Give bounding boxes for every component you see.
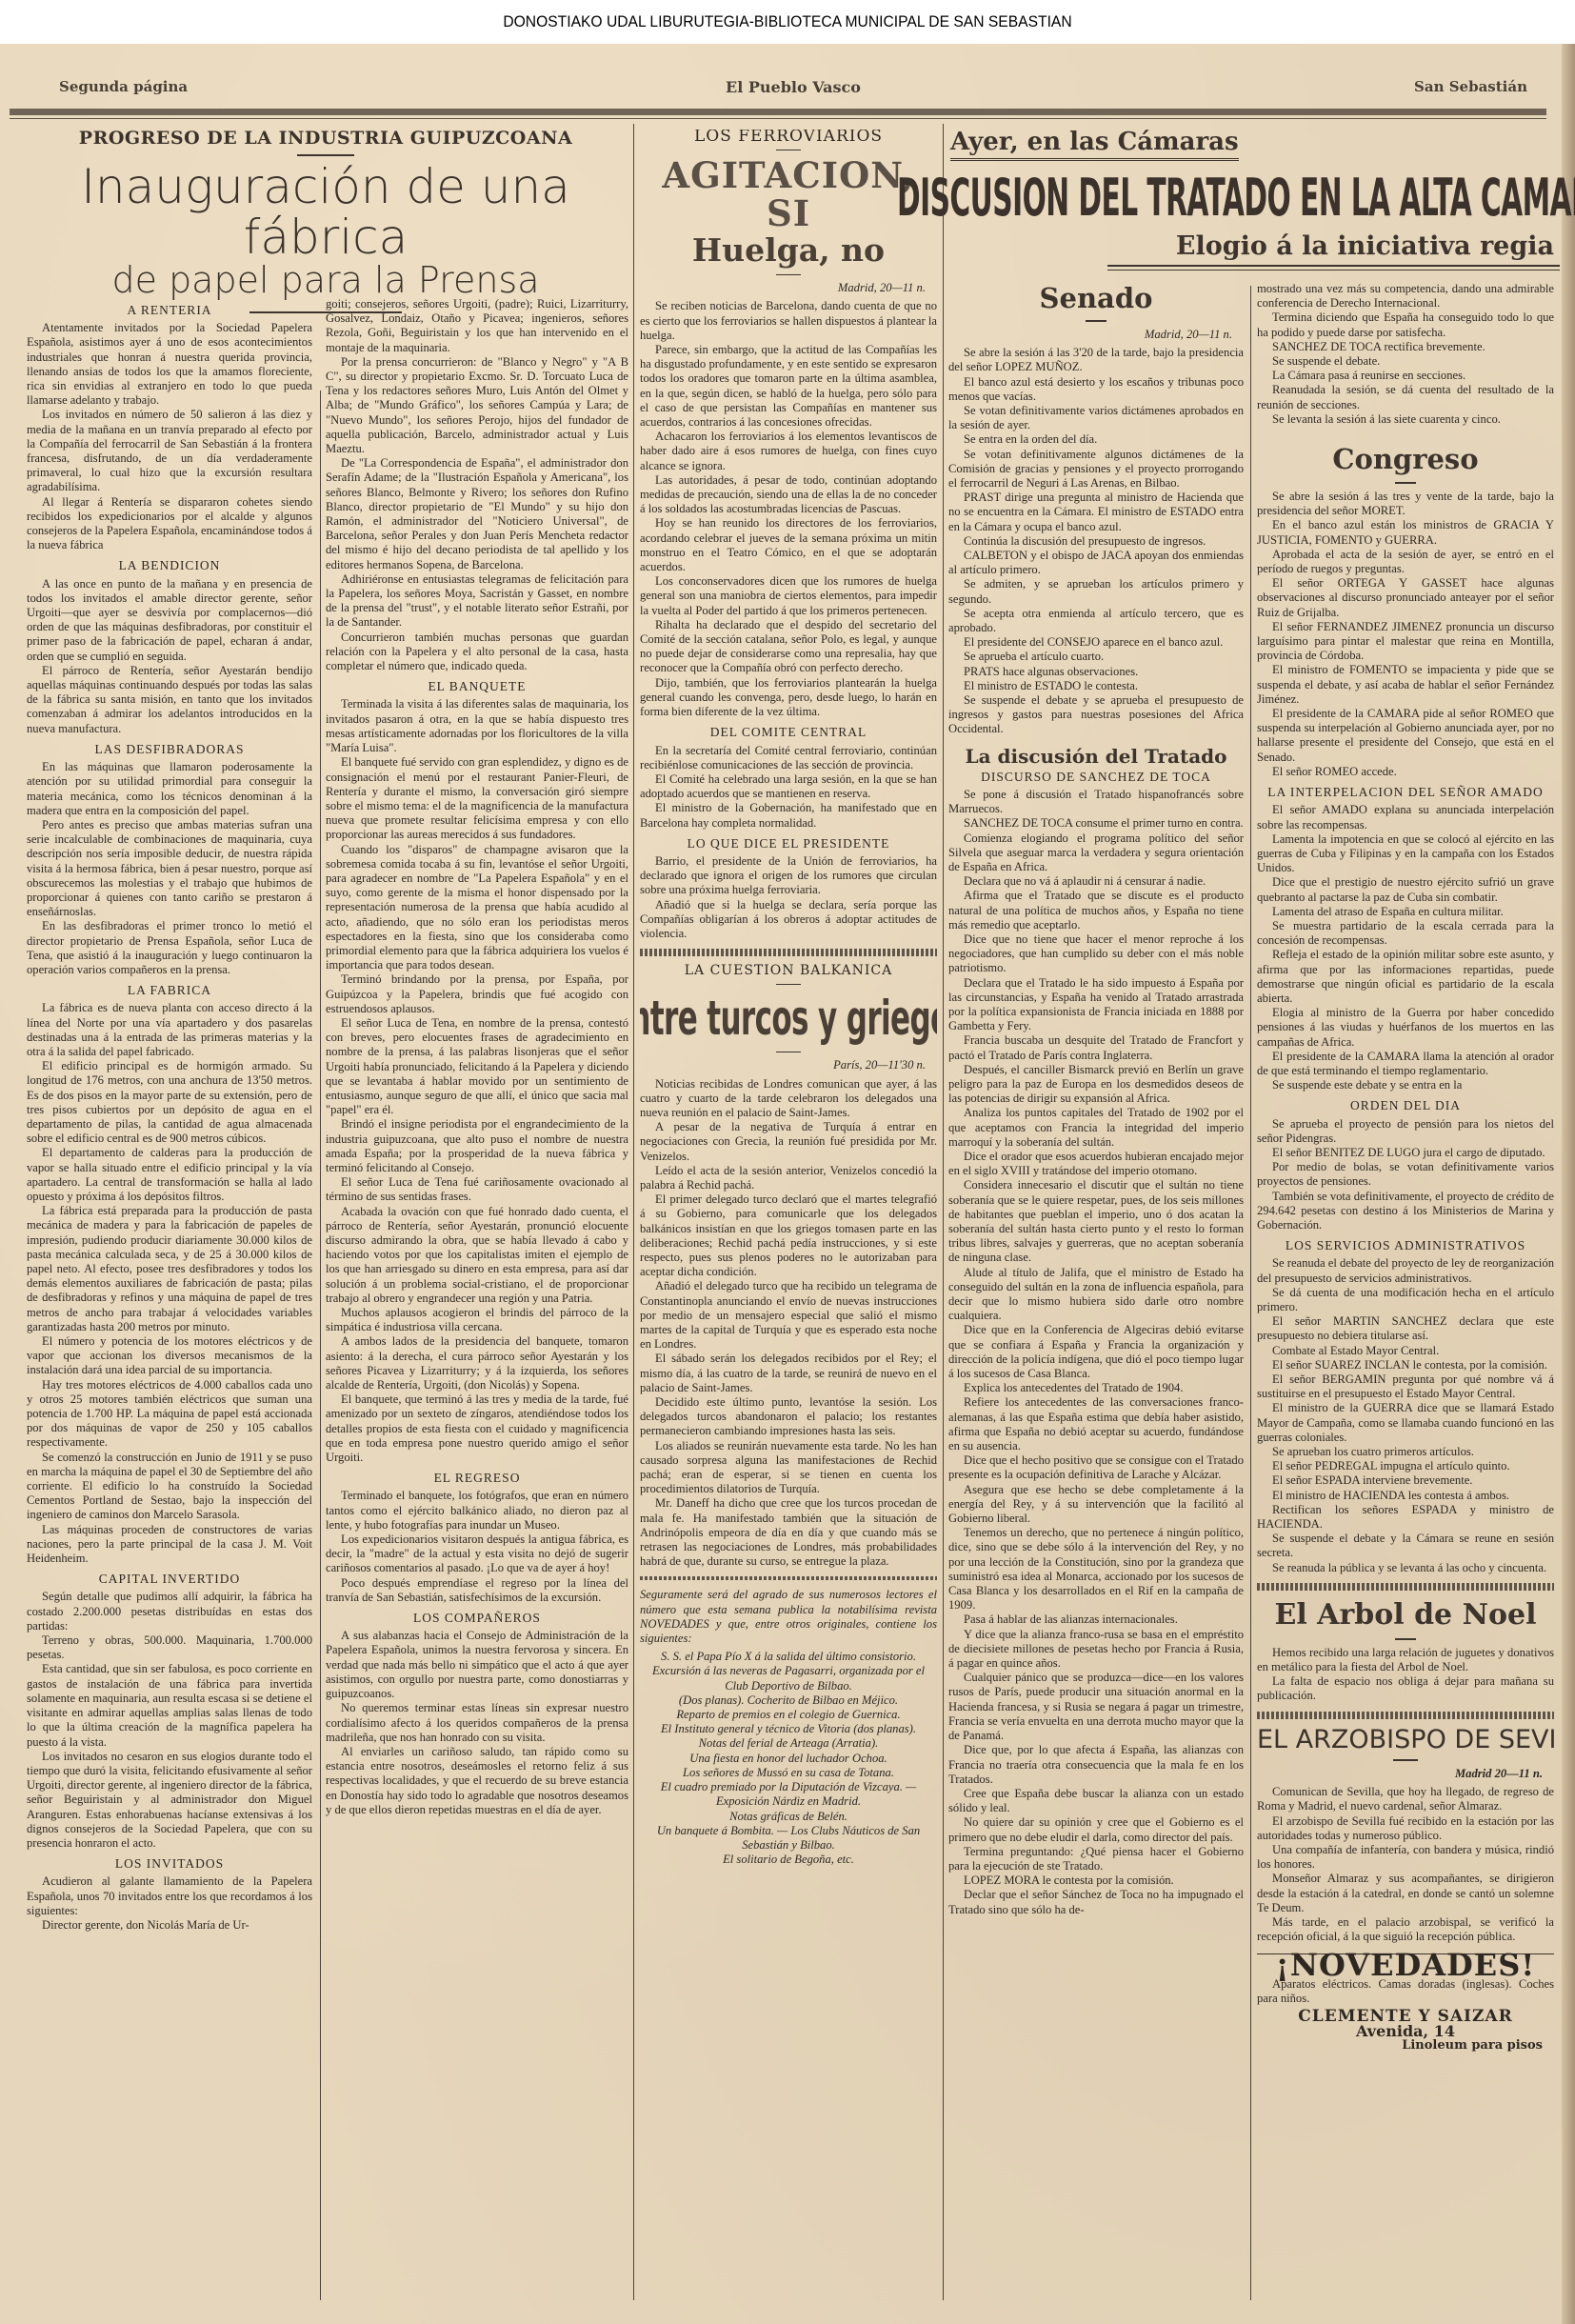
paragraph: Los aliados se reunirán nuevamente esta …: [640, 1439, 937, 1497]
paragraph: Cuando los "disparos" de champagne avisa…: [326, 843, 628, 973]
paragraph: Director gerente, don Nicolás María de U…: [27, 1918, 312, 1933]
separator: [1395, 482, 1416, 484]
advert-text: Aparatos eléctricos. Camas doradas (ingl…: [1257, 1977, 1554, 2006]
paragraph: Los invitados en número de 50 salieron á…: [27, 408, 312, 494]
paragraph: En las máquinas que llamaron poderosamen…: [27, 760, 312, 818]
paragraph: El señor Luca de Tena fué cariñosamente …: [326, 1175, 628, 1204]
paragraph: Declara que el Tratado le ha sido impues…: [948, 976, 1244, 1034]
paragraph: Se muestra partidario de la escala cerra…: [1257, 919, 1554, 948]
paragraph: El señor ESPADA interviene brevemente.: [1257, 1473, 1554, 1488]
paragraph: Cree que España debe buscar la alianza c…: [948, 1787, 1244, 1815]
separator: [1393, 1759, 1418, 1761]
paragraph: El ministro de HACIENDA les contesta á a…: [1257, 1489, 1554, 1503]
paragraph: Se levanta la sesión á las siete cuarent…: [1257, 412, 1554, 427]
paragraph: Afirma que el Tratado que se discute es …: [948, 889, 1244, 932]
paragraph: El señor MARTIN SANCHEZ declara que este…: [1257, 1314, 1554, 1343]
subheading: LOS SERVICIOS ADMINISTRATIVOS: [1257, 1238, 1554, 1252]
paragraph: Termina preguntando: ¿Qué piensa hacer e…: [948, 1845, 1244, 1873]
paragraph: Poco después emprendíase el regreso por …: [326, 1576, 628, 1605]
paragraph: Dijo, también, que los ferroviarios plan…: [640, 676, 937, 720]
tratado-body: Se pone á discusión el Tratado hispanofr…: [948, 788, 1244, 1917]
paragraph: Dice que en la Conferencia de Algeciras …: [948, 1323, 1244, 1381]
paragraph: Rectifican los señores ESPADA y ministro…: [1257, 1503, 1554, 1532]
paragraph: Se reanuda el debate del proyecto de ley…: [1257, 1256, 1554, 1285]
article-balkanica-body: Noticias recibidas de Londres comunican …: [640, 1077, 937, 1570]
subheading: EL REGRESO: [326, 1471, 628, 1485]
paragraph: Considera innecesario el discutir que el…: [948, 1178, 1244, 1265]
paragraph: PRAST dirige una pregunta al ministro de…: [948, 491, 1244, 534]
paragraph: Se aprueba el proyecto de pensión para l…: [1257, 1117, 1554, 1146]
paragraph: La fábrica es de nueva planta con acceso…: [27, 1001, 312, 1059]
paragraph: Y dice que la alianza franco-rusa se bas…: [948, 1628, 1244, 1672]
paragraph: Añadió el delegado turco que ha recibido…: [640, 1279, 937, 1352]
separator: [1086, 320, 1106, 322]
paragraph: El señor BERGAMIN pregunta por qué nombr…: [1257, 1372, 1554, 1401]
column-divider: [633, 124, 634, 2300]
paragraph: Terreno y obras, 500.000. Maquinaria, 1.…: [27, 1633, 312, 1662]
paragraph: El presidente del CONSEJO aparece en el …: [948, 635, 1244, 650]
headline: Inauguración de una fábrica: [21, 162, 630, 262]
paragraph: Hemos recibido una larga relación de jug…: [1257, 1646, 1554, 1674]
paragraph: El señor BENITEZ DE LUGO jura el cargo d…: [1257, 1146, 1554, 1160]
paragraph: Dice que no tiene que hacer el menor rep…: [948, 932, 1244, 976]
subheading: DISCURSO DE SANCHEZ DE TOCA: [948, 770, 1244, 784]
paragraph: Monseñor Almaraz y sus acompañantes, se …: [1257, 1872, 1554, 1915]
page-edge: [1562, 44, 1575, 2324]
column-5: mostrado una vez más su competencia, dan…: [1257, 282, 1554, 2311]
paragraph: Tenemos un derecho, que no pertenece á n…: [948, 1526, 1244, 1613]
paragraph: Se entra en la orden del día.: [948, 432, 1244, 447]
paragraph: Reanudada la sesión, se dá cuenta del re…: [1257, 383, 1554, 411]
paragraph: No quiere dar su opinión y cree que el G…: [948, 1815, 1244, 1844]
paragraph: goiti; consejeros, señores Urgoiti, (pad…: [326, 297, 628, 355]
paragraph: Leído el acta de la sesión anterior, Ven…: [640, 1164, 937, 1192]
paragraph: Añadió que si la huelga se declara, serí…: [640, 898, 937, 942]
paragraph: Se suspende este debate y se entra en la: [1257, 1078, 1554, 1092]
paragraph: Parece, sin embargo, que la actitud de l…: [640, 343, 937, 430]
list-item: (Dos planas). Cocherito de Bilbao en Méj…: [640, 1693, 937, 1708]
article-camaras-header: Ayer, en las Cámaras DISCUSION DEL TRATA…: [950, 128, 1560, 270]
paragraph: El edificio principal es de hormigón arm…: [27, 1059, 312, 1146]
paragraph: Adhiriéronse en entusiastas telegramas d…: [326, 572, 628, 631]
paragraph: El señor ORTEGA Y GASSET hace algunas ob…: [1257, 576, 1554, 620]
running-head: Segunda página El Pueblo Vasco San Sebas…: [59, 78, 1527, 103]
paragraph: Al llegar á Rentería se dispararon cohet…: [27, 495, 312, 553]
paragraph: Los expedicionarios visitaron después la…: [326, 1533, 628, 1576]
column-3: LOS FERROVIARIOS AGITACION, SI Huelga, n…: [640, 130, 937, 2311]
column-divider: [943, 124, 944, 2300]
list-item: El cuadro premiado por la Diputación de …: [640, 1780, 937, 1809]
paragraph: Brindó el insigne periodista por el engr…: [326, 1117, 628, 1175]
subheading: LOS INVITADOS: [27, 1856, 312, 1871]
paragraph: En las desfibradoras el primer tronco lo…: [27, 919, 312, 977]
paragraph: El banquete fué servido con gran esplend…: [326, 755, 628, 842]
paragraph: Se suspende el debate.: [1257, 354, 1554, 369]
paragraph: A sus alabanzas hacia el Consejo de Admi…: [326, 1629, 628, 1701]
paragraph: Más tarde, en el palacio arzobispal, se …: [1257, 1915, 1554, 1944]
paragraph: Se comenzó la construcción en Junio de 1…: [27, 1451, 312, 1523]
paragraph: Declara que no vá á aplaudir ni á censur…: [948, 874, 1244, 889]
paragraph: Se votan definitivamente algunos dictáme…: [948, 448, 1244, 491]
paragraph: Muchos aplausos acogieron el brindis del…: [326, 1306, 628, 1334]
paragraph: Pero antes es preciso que ambas materias…: [27, 818, 312, 919]
headline-sub: de papel para la Prensa: [21, 262, 630, 300]
paragraph: El señor Luca de Tena, en nombre de la p…: [326, 1016, 628, 1117]
paragraph: La Cámara pasa á reunirse en secciones.: [1257, 369, 1554, 383]
paragraph: El Comité ha celebrado una larga sesión,…: [640, 772, 937, 801]
paragraph: También se vota definitivamente, el proy…: [1257, 1190, 1554, 1233]
congreso-body: Se abre la sesión á las tres y vente de …: [1257, 490, 1554, 1575]
double-rule: [1107, 265, 1560, 270]
subheading: LA INTERPELACION DEL SEÑOR AMADO: [1257, 785, 1554, 799]
dateline: Madrid 20—11 n.: [1257, 1767, 1543, 1781]
ornament-rule: [640, 1576, 937, 1580]
paragraph: Rihalta ha declarado que el despido del …: [640, 618, 937, 676]
paragraph: Los invitados no cesaron en sus elogios …: [27, 1750, 312, 1851]
separator: [776, 1052, 801, 1052]
paragraph: Combate al Estado Mayor Central.: [1257, 1344, 1554, 1358]
paragraph: Lamenta la impotencia en que se colocó a…: [1257, 832, 1554, 876]
headline-deck: Elogio á la iniciativa regia: [950, 231, 1560, 261]
paragraph: Acudieron al galante llamamiento de la P…: [27, 1874, 312, 1918]
paragraph: Dice que, por lo que afecta á España, la…: [948, 1743, 1244, 1787]
paragraph: Se abre la sesión á las 3'20 de la tarde…: [948, 346, 1244, 374]
list-item: Notas del ferial de Arteaga (Arratia).: [640, 1736, 937, 1751]
arzobispo-body: Comunican de Sevilla, que hoy ha llegado…: [1257, 1785, 1554, 1944]
paragraph: La fábrica está preparada para la produc…: [27, 1204, 312, 1334]
paragraph: Dice que el prestigio de nuestro ejércit…: [1257, 875, 1554, 904]
paragraph: En el banco azul están los ministros de …: [1257, 518, 1554, 547]
list-item: Excursión á las neveras de Pagasarri, or…: [640, 1664, 937, 1693]
paragraph: La falta de espacio nos obliga á dejar p…: [1257, 1674, 1554, 1703]
paragraph: Por medio de bolas, se votan definitivam…: [1257, 1160, 1554, 1189]
subheading: ORDEN DEL DIA: [1257, 1098, 1554, 1112]
article-kicker: LOS FERROVIARIOS: [640, 130, 937, 144]
paragraph: El señor AMADO explana su anunciada inte…: [1257, 803, 1554, 831]
list-item: S. S. el Papa Pío X á la salida del últi…: [640, 1650, 937, 1664]
paragraph: Se reciben noticias de Barcelona, dando …: [640, 299, 937, 343]
separator: [297, 154, 354, 156]
archive-banner: DONOSTIAKO UDAL LIBURUTEGIA-BIBLIOTECA M…: [63, 0, 1512, 44]
paragraph: Explica los antecedentes del Tratado de …: [948, 1381, 1244, 1395]
paragraph: Se dá cuenta de una modificación hecha e…: [1257, 1286, 1554, 1314]
paragraph: Después, el canciller Bismarck previó en…: [948, 1063, 1244, 1107]
novedades-list: S. S. el Papa Pío X á la salida del últi…: [640, 1650, 937, 1867]
subheading: LOS COMPAÑEROS: [326, 1611, 628, 1625]
headline: El Arbol de Noel: [1257, 1598, 1554, 1633]
column-4: Senado Madrid, 20—11 n. Se abre la sesió…: [948, 282, 1244, 2311]
paragraph: Los conconservadores dicen que los rumor…: [640, 574, 937, 618]
page-label: Segunda página: [59, 78, 188, 95]
subheading: A RENTERIA: [27, 303, 312, 317]
subheading: EL BANQUETE: [326, 679, 628, 693]
paragraph: Cualquier pánico que se produzca—dice—en…: [948, 1671, 1244, 1743]
dateline: Madrid, 20—11 n.: [948, 328, 1232, 342]
subheading: LO QUE DICE EL PRESIDENTE: [640, 836, 937, 851]
paragraph: No queremos terminar estas líneas sin ex…: [326, 1701, 628, 1745]
paragraph: El arzobispo de Sevilla fué recibido en …: [1257, 1814, 1554, 1843]
article-fabrica-header: PROGRESO DE LA INDUSTRIA GUIPUZCOANA Ina…: [21, 128, 630, 319]
paragraph: Atentamente invitados por la Sociedad Pa…: [27, 321, 312, 408]
paragraph: El número y potencia de los motores eléc…: [27, 1334, 312, 1378]
paragraph: El presidente de la CAMARA pide al señor…: [1257, 707, 1554, 765]
article-ferroviarios-body: Se reciben noticias de Barcelona, dando …: [640, 299, 937, 941]
paragraph: Asegura que ese hecho se debe completame…: [948, 1483, 1244, 1527]
paragraph: El departamento de calderas para la prod…: [27, 1146, 312, 1204]
subheading: CAPITAL INVERTIDO: [27, 1572, 312, 1586]
paragraph: Se abre la sesión á las tres y vente de …: [1257, 490, 1554, 518]
paragraph: El sábado serán los delegados recibidos …: [640, 1352, 937, 1395]
column-divider: [1250, 286, 1251, 2300]
paragraph: Acabada la ovación con que fué honrado d…: [326, 1205, 628, 1306]
paragraph: Dice el orador que esos acuerdos hubiera…: [948, 1150, 1244, 1178]
paragraph: Decidido este último punto, levantóse la…: [640, 1395, 937, 1439]
paragraph: Francia buscaba un desquite del Tratado …: [948, 1033, 1244, 1062]
advert-address: Avenida, 14: [1257, 2024, 1554, 2038]
city-label: San Sebastián: [1414, 78, 1527, 95]
paragraph: El párroco de Rentería, señor Ayestarán …: [27, 664, 312, 736]
article-kicker: PROGRESO DE LA INDUSTRIA GUIPUZCOANA: [21, 128, 630, 149]
dateline: Madrid, 20—11 n.: [640, 281, 926, 295]
paragraph: Refiere los antecedentes de las conversa…: [948, 1395, 1244, 1453]
list-item: El Instituto general y técnico de Vitori…: [640, 1722, 937, 1736]
header-rule-thin: [10, 118, 1546, 119]
paragraph: Aprobada el acta de la sesión de ayer, s…: [1257, 548, 1554, 576]
header-rule: [10, 109, 1546, 115]
paragraph: El señor ROMEO accede.: [1257, 765, 1554, 779]
paragraph: El ministro de ESTADO le contesta.: [948, 679, 1244, 693]
paragraph: CALBETON y el obispo de JACA apoyan dos …: [948, 549, 1244, 577]
separator: [1395, 1638, 1416, 1640]
novedades-intro: Seguramente será del agrado de sus numer…: [640, 1588, 937, 1646]
paragraph: Esta cantidad, que sin ser fabulosa, es …: [27, 1662, 312, 1749]
list-item: Reparto de premios en el colegio de Guer…: [640, 1708, 937, 1722]
paragraph: SANCHEZ DE TOCA consume el primer turno …: [948, 816, 1244, 831]
paragraph: Continúa la discusión del presupuesto de…: [948, 534, 1244, 549]
list-item: Una fiesta en honor del luchador Ochoa.: [640, 1752, 937, 1766]
paragraph: SANCHEZ DE TOCA rectifica brevemente.: [1257, 340, 1554, 354]
paragraph: Comienza elogiando el programa político …: [948, 831, 1244, 875]
paragraph: Hoy se han reunido los directores de los…: [640, 516, 937, 574]
list-item: Los señores de Mussó en su casa de Totan…: [640, 1766, 937, 1780]
separator: [776, 984, 801, 985]
paragraph: Analiza los puntos capitales del Tratado…: [948, 1106, 1244, 1150]
paragraph: Se suspende el debate y se aprueba el pr…: [948, 693, 1244, 737]
arbol-body: Hemos recibido una larga relación de jug…: [1257, 1646, 1554, 1704]
paragraph: De "La Correspondencia de España", el ad…: [326, 456, 628, 572]
paragraph: Mr. Daneff ha dicho que cree que los tur…: [640, 1496, 937, 1569]
senado-body: Se abre la sesión á las 3'20 de la tarde…: [948, 346, 1244, 736]
paragraph: mostrado una vez más su competencia, dan…: [1257, 282, 1554, 311]
section-title: La discusión del Tratado: [948, 743, 1244, 770]
paragraph: El ministro de FOMENTO se impacienta y p…: [1257, 663, 1554, 707]
separator: [776, 150, 801, 150]
paragraph: Comunican de Sevilla, que hoy ha llegado…: [1257, 1785, 1554, 1813]
paragraph: Las máquinas proceden de constructores d…: [27, 1523, 312, 1567]
article-fabrica-column-1: A RENTERIAAtentamente invitados por la S…: [27, 297, 312, 2307]
paragraph: Según detalle que pudimos allí adquirir,…: [27, 1590, 312, 1633]
subheading: LAS DESFIBRADORAS: [27, 742, 312, 756]
subheading: LA BENDICION: [27, 558, 312, 572]
headline-sub: Huelga, no: [640, 232, 937, 269]
paragraph: El señor FERNANDEZ JIMENEZ pronuncia un …: [1257, 620, 1554, 664]
subheading: DEL COMITE CENTRAL: [640, 725, 937, 739]
paragraph: Concurrieron también muchas personas que…: [326, 631, 628, 674]
paragraph: Las autoridades, á pesar de todo, contin…: [640, 473, 937, 517]
paragraph: En la secretaría del Comité central ferr…: [640, 744, 937, 772]
ornament-rule: [640, 949, 937, 956]
subheading: LA FABRICA: [27, 983, 312, 997]
paragraph: LOPEZ MORA le contesta por la comisión.: [948, 1873, 1244, 1888]
paragraph: El ministro de la GUERRA dice que se lla…: [1257, 1401, 1554, 1445]
paragraph: Se pone á discusión el Tratado hispanofr…: [948, 788, 1244, 816]
paragraph: Noticias recibidas de Londres comunican …: [640, 1077, 937, 1121]
paragraph: Se aprueba el artículo cuarto.: [948, 650, 1244, 664]
paragraph: Por la prensa concurrieron: de "Blanco y…: [326, 355, 628, 456]
article-kicker: LA CUESTION BALKANICA: [640, 964, 937, 978]
senado-continuation: mostrado una vez más su competencia, dan…: [1257, 282, 1554, 427]
paragraph: El ministro de la Gobernación, ha manife…: [640, 801, 937, 830]
paragraph: A pesar de la negativa de Turquía á entr…: [640, 1120, 937, 1164]
paragraph: PRATS hace algunas observaciones.: [948, 665, 1244, 679]
paragraph: El banco azul está desierto y los escaño…: [948, 375, 1244, 404]
article-fabrica-column-2: goiti; consejeros, señores Urgoiti, (pad…: [326, 297, 628, 2307]
paragraph: Terminó brindando por la prensa, por Esp…: [326, 972, 628, 1016]
masthead-title: El Pueblo Vasco: [726, 78, 861, 96]
paragraph: Se aprueban los cuatro primeros artículo…: [1257, 1445, 1554, 1459]
paragraph: Terminada la visita á las diferentes sal…: [326, 697, 628, 755]
headline: AGITACION, SI: [640, 156, 937, 232]
article-kicker: Ayer, en las Cámaras: [950, 128, 1239, 161]
list-item: El solitario de Begoña, etc.: [640, 1853, 937, 1867]
column-divider: [320, 391, 321, 2300]
section-title: Congreso: [1257, 442, 1554, 476]
paragraph: A las once en punto de la mañana y en pr…: [27, 577, 312, 664]
paragraph: Elogia al ministro de la Guerra por habe…: [1257, 1006, 1554, 1050]
paragraph: Se acepta otra enmienda al artículo terc…: [948, 607, 1244, 635]
paragraph: Achacaron los ferroviarios á los element…: [640, 430, 937, 473]
paragraph: Se admiten, y se aprueban los artículos …: [948, 577, 1244, 606]
paragraph: Se reanuda la pública y se levanta á las…: [1257, 1561, 1554, 1575]
paragraph: Dice que el hecho positivo que se consig…: [948, 1453, 1244, 1482]
dateline: París, 20—11'30 n.: [640, 1058, 926, 1072]
headline: DISCUSION DEL TRATADO EN LA ALTA CAMARA: [897, 169, 1575, 228]
paragraph: Refleja el estado de la opinión militar …: [1257, 948, 1554, 1006]
paragraph: Pasa á hablar de las alianzas internacio…: [948, 1613, 1244, 1627]
paragraph: Termina diciendo que España ha conseguid…: [1257, 311, 1554, 339]
headline: EL ARZOBISPO DE SEVILLA: [1257, 1727, 1554, 1753]
paragraph: El presidente de la CAMARA llama la aten…: [1257, 1050, 1554, 1078]
list-item: Notas gráficas de Belén.: [640, 1810, 937, 1824]
paragraph: El primer delegado turco declaró que el …: [640, 1192, 937, 1279]
list-item: Un banquete á Bombita. — Los Clubs Náuti…: [640, 1824, 937, 1853]
paragraph: Al enviarles un cariñoso saludo, tan ráp…: [326, 1745, 628, 1817]
advert-tagline: Linoleum para pisos: [1257, 2038, 1554, 2053]
paragraph: Una compañía de infantería, con bandera …: [1257, 1843, 1554, 1872]
paragraph: Se votan definitivamente varios dictámen…: [948, 404, 1244, 432]
paragraph: El banquete, que terminó á las tres y me…: [326, 1392, 628, 1465]
paragraph: El señor PEDREGAL impugna el artículo qu…: [1257, 1459, 1554, 1473]
paragraph: Barrio, el presidente de la Unión de fer…: [640, 854, 937, 898]
ornament-rule: [1257, 1583, 1554, 1591]
ornament-rule: [1257, 1712, 1554, 1719]
separator: [776, 274, 801, 275]
paragraph: Hay tres motores eléctricos de 4.000 cab…: [27, 1378, 312, 1451]
paragraph: Se suspende el debate y la Cámara se reu…: [1257, 1532, 1554, 1560]
paragraph: Alude al título de Jalifa, que el minist…: [948, 1266, 1244, 1324]
paragraph: Declar que el señor Sánchez de Toca no h…: [948, 1888, 1244, 1916]
paragraph: Lamenta del atraso de España en cultura …: [1257, 905, 1554, 919]
paragraph: Terminado el banquete, los fotógrafos, q…: [326, 1489, 628, 1533]
paragraph: A ambos lados de la presidencia del banq…: [326, 1334, 628, 1392]
paragraph: El señor SUAREZ INCLAN le contesta, por …: [1257, 1358, 1554, 1372]
advert-title: ¡NOVEDADES!: [1257, 1958, 1554, 1973]
section-title: Senado: [948, 282, 1244, 314]
headline: Entre turcos y griegos: [640, 991, 937, 1046]
